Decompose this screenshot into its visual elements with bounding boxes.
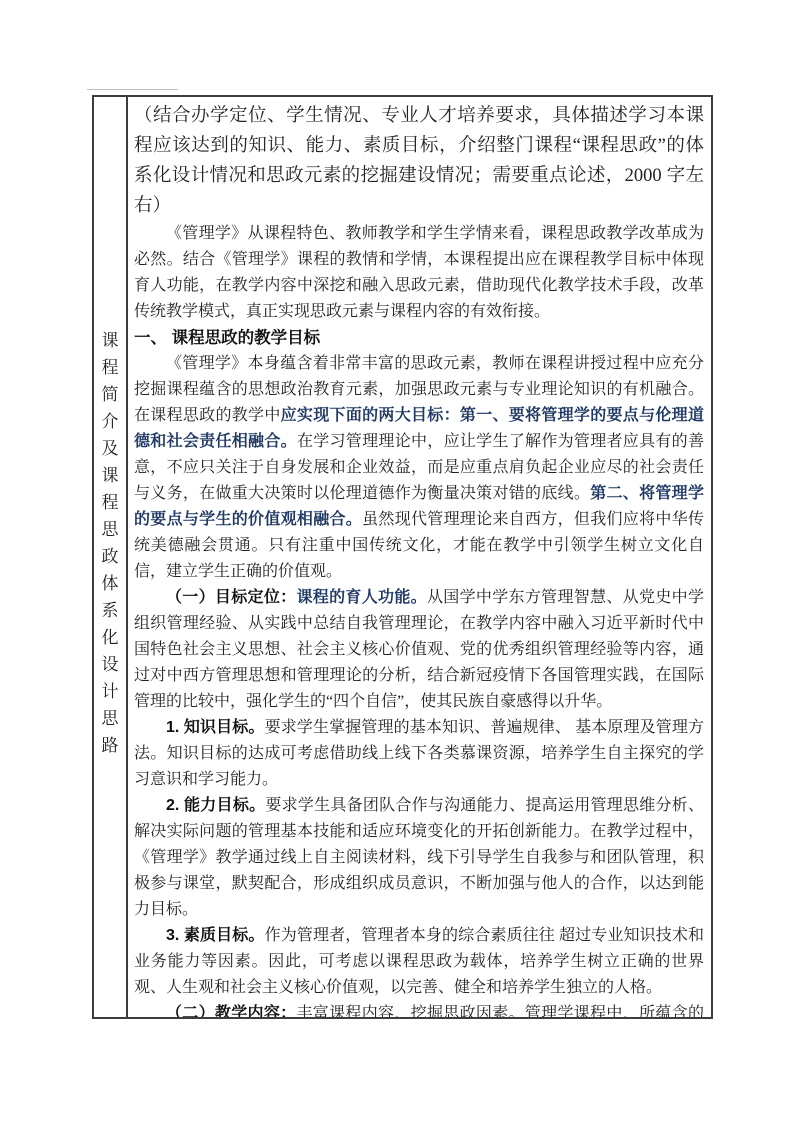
document-page: 课程简介及课程思政体系化设计思路 （结合办学定位、学生情况、专业人才培养要求，具… (0, 0, 794, 1123)
paragraph-two-goals: 《管理学》本身蕴含着非常丰富的思政元素，教师在课程讲授过程中应充分挖掘课程蕴含的… (134, 351, 704, 585)
paragraph-ability-goal: 2. 能力目标。要求学生具备团队合作与沟通能力、提高运用管理思维分析、解决实际问… (134, 793, 704, 923)
paragraph-quality-goal: 3. 素质目标。作为管理者，管理者本身的综合素质往往 超过专业知识技术和业务能力… (134, 923, 704, 1001)
form-table: 课程简介及课程思政体系化设计思路 （结合办学定位、学生情况、专业人才培养要求，具… (92, 95, 713, 1019)
paragraph-knowledge-goal: 1. 知识目标。要求学生掌握管理的基本知识、普遍规律、 基本原理及管理方法。知识… (134, 715, 704, 793)
text-run: 《管理学》从课程特色、教师教学和学生学情来看，课程思政教学改革成为必然。结合《管… (134, 225, 704, 320)
text-run: 从国学中学东方管理智慧、从党史中学组织管理经验、从实践中总结自我管理理论，在教学… (134, 589, 704, 710)
content-cell: （结合办学定位、学生情况、专业人才培养要求，具体描述学习本课程应该达到的知识、能… (128, 97, 711, 1017)
heading-teaching-goals: 一、 课程思政的教学目标 (134, 325, 704, 351)
run-in-heading: （二）教学内容： (166, 1005, 297, 1017)
paragraph-course-overview: 《管理学》从课程特色、教师教学和学生学情来看，课程思政教学改革成为必然。结合《管… (134, 221, 704, 325)
run-in-heading: （一）目标定位： (166, 589, 297, 606)
run-in-heading: 1. 知识目标。 (166, 719, 265, 736)
sidebar-cell: 课程简介及课程思政体系化设计思路 (94, 97, 128, 1017)
text-run: 要求学生具备团队合作与沟通能力、提高运用管理思维分析、解决实际问题的管理基本技能… (134, 797, 704, 918)
text-run: 一、 课程思政的教学目标 (134, 329, 320, 347)
emphasis-run: 课程的育人功能。 (297, 589, 428, 606)
run-in-heading: 2. 能力目标。 (166, 797, 265, 814)
paragraph-goal-positioning: （一）目标定位：课程的育人功能。从国学中学东方管理智慧、从党史中学组织管理经验、… (134, 585, 704, 715)
paragraph-teaching-content: （二）教学内容：丰富课程内容，挖掘思政因素。管理学课程中，所蕴含的思政元素较丰富… (134, 1001, 704, 1017)
sidebar-vertical-label: 课程简介及课程思政体系化设计思路 (101, 327, 120, 759)
paragraph-filling-instruction: （结合办学定位、学生情况、专业人才培养要求，具体描述学习本课程应该达到的知识、能… (134, 101, 704, 221)
run-in-heading: 3. 素质目标。 (166, 927, 265, 944)
table-continuation-mark (87, 89, 178, 90)
text-run: （结合办学定位、学生情况、专业人才培养要求，具体描述学习本课程应该达到的知识、能… (134, 106, 704, 216)
